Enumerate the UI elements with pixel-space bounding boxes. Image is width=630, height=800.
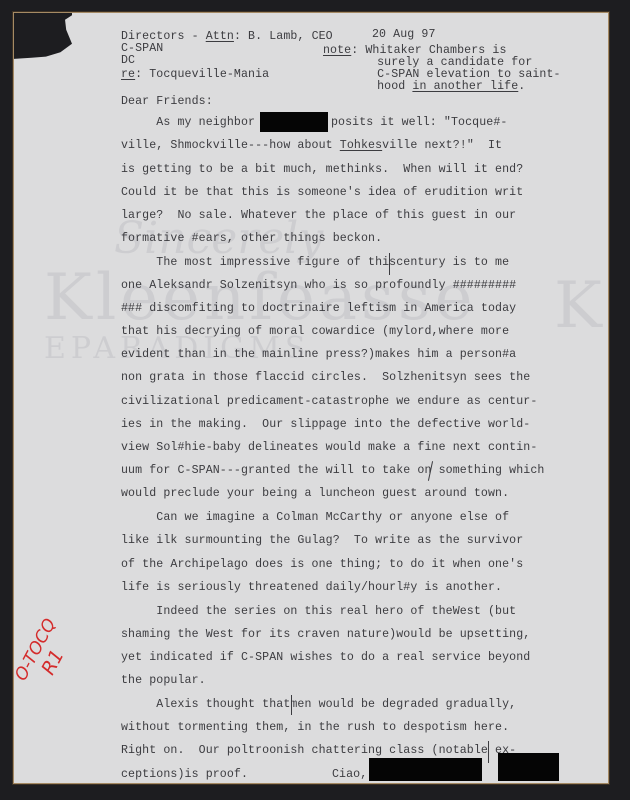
body-line: uum for C-SPAN---granted the will to tak… (121, 464, 544, 477)
body-line: posits it well: "Tocque#- (331, 116, 507, 129)
scanned-document: Sincerely Kleenfeasse EPARADIGMS K Direc… (0, 0, 630, 800)
body-line: non grata in those flaccid circles. Solz… (121, 371, 530, 384)
torn-corner (14, 13, 72, 69)
body-line: Alexis thought thatmen would be degraded… (121, 698, 516, 711)
body-line: like ilk surmounting the Gulag? To write… (121, 534, 523, 547)
body-line: As my neighbor (121, 116, 255, 129)
body-line: one Aleksandr Solzenitsyn who is so prof… (121, 279, 516, 292)
body-line: ### discomfiting to doctrinaire leftism … (121, 302, 516, 315)
salutation: Dear Friends: (121, 95, 213, 108)
body-line: ies in the making. Our slippage into the… (121, 418, 530, 431)
body-line: yet indicated if C-SPAN wishes to do a r… (121, 651, 530, 664)
body-line: life is seriously threatened daily/hourl… (121, 581, 502, 594)
body-line: is getting to be a bit much, methinks. W… (121, 163, 523, 176)
redaction-signature-extra (498, 753, 559, 781)
body-line: ceptions)is proof. (121, 768, 248, 781)
body-line: that his decrying of moral cowardice (my… (121, 325, 509, 338)
note-line-4: hood in another life. (363, 80, 525, 93)
body-line: Indeed the series on this real hero of t… (121, 605, 516, 618)
body-line: evident than in the mainline press?)make… (121, 348, 516, 361)
body-line: Right on. Our poltroonish chattering cla… (121, 744, 516, 757)
body-line: large? No sale. Whatever the place of th… (121, 209, 516, 222)
body-line: Can we imagine a Colman McCarthy or anyo… (121, 511, 509, 524)
pen-correction-mark (488, 741, 489, 763)
body-line: without tormenting them, in the rush to … (121, 721, 509, 734)
body-line: ville, Shmockville---how about Tohkesvil… (121, 139, 502, 152)
recipient-location: DC (121, 54, 135, 67)
body-line: civilizational predicament-catastrophe w… (121, 395, 537, 408)
body-line: The most impressive figure of thiscentur… (121, 256, 509, 269)
redaction-neighbor-name (260, 112, 328, 132)
body-line: formative #ears, other things beckon. (121, 232, 382, 245)
body-line: view Sol#hie-baby delineates would make … (121, 441, 537, 454)
letter-page: Sincerely Kleenfeasse EPARADIGMS K Direc… (13, 12, 609, 784)
subject-line: re: Tocqueville-Mania (121, 68, 269, 81)
body-line: shaming the West for its craven nature)w… (121, 628, 530, 641)
pen-correction-mark (389, 253, 390, 275)
redaction-signature-name (369, 758, 482, 781)
body-line: the popular. (121, 674, 206, 687)
letter-date: 20 Aug 97 (372, 28, 436, 41)
body-line: of the Archipelago does is one thing; to… (121, 558, 523, 571)
pen-correction-mark (291, 695, 292, 715)
body-line: would preclude your being a luncheon gue… (121, 487, 509, 500)
closing: Ciao, (332, 768, 367, 781)
body-line: Could it be that this is someone's idea … (121, 186, 523, 199)
